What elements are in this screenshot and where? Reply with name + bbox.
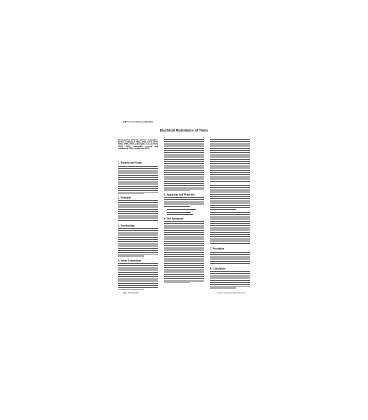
footer-left: 114TM 84-2011 xyxy=(123,292,172,295)
section-heading: 4. Safety Precautions xyxy=(118,259,158,262)
foreword: Developed in 1959 by AATCC Committee RA3… xyxy=(118,139,158,157)
manual-name: AATCC Technical Manual/2012 xyxy=(192,292,245,294)
list-greeked xyxy=(164,209,204,215)
page-title: Electrical Resistance of Yarns xyxy=(118,129,250,134)
page-number: 114 xyxy=(123,292,126,294)
paragraph-greeked xyxy=(118,200,158,222)
page-canvas: { "document": { "method_header": "AATCC … xyxy=(0,0,368,420)
section-heading: 3. Terminology xyxy=(118,224,158,227)
method-header-text: AATCC Test Method 84-2011 xyxy=(123,121,183,123)
paragraph-greeked xyxy=(210,139,250,183)
section-heading: 8. Calculation xyxy=(210,267,250,270)
section-heading: 1. Purpose and Scope xyxy=(118,161,158,164)
paragraph-greeked xyxy=(210,271,250,289)
paragraph-greeked xyxy=(210,185,250,211)
section-heading: 2. Principle xyxy=(118,196,158,199)
list-item-greeked xyxy=(167,212,191,213)
column-1: Developed in 1959 by AATCC Committee RA3… xyxy=(118,139,158,290)
section-heading: 7. Procedure xyxy=(210,247,250,250)
paragraph-greeked xyxy=(118,263,158,289)
paragraph-greeked xyxy=(164,139,204,191)
list-item-greeked xyxy=(167,209,196,210)
paragraph-greeked xyxy=(118,166,158,195)
paragraph-greeked xyxy=(164,197,204,208)
section-heading: 5. Apparatus and Materials xyxy=(164,193,204,196)
paragraph-greeked xyxy=(164,221,204,283)
list-item-greeked xyxy=(167,214,193,215)
method-header: AATCC Test Method 84-2011 xyxy=(123,121,183,124)
page-title-text: Electrical Resistance of Yarns xyxy=(118,129,250,133)
paragraph-greeked xyxy=(210,252,250,265)
method-id: TM 84-2011 xyxy=(128,292,139,294)
column-2: 5. Apparatus and Materials 6. Test Speci… xyxy=(164,139,204,283)
document-page: AATCC Test Method 84-2011 Electrical Res… xyxy=(118,121,250,301)
section-heading: 6. Test Specimens xyxy=(164,217,204,220)
text-columns: Developed in 1959 by AATCC Committee RA3… xyxy=(118,139,250,289)
column-3: 7. Procedure 8. Calculation xyxy=(210,139,250,289)
paragraph-greeked xyxy=(118,228,158,257)
page-footer: 114TM 84-2011 AATCC Technical Manual/201… xyxy=(118,292,250,296)
paragraph-greeked xyxy=(210,212,250,245)
footer-right: AATCC Technical Manual/2012 xyxy=(205,292,245,295)
